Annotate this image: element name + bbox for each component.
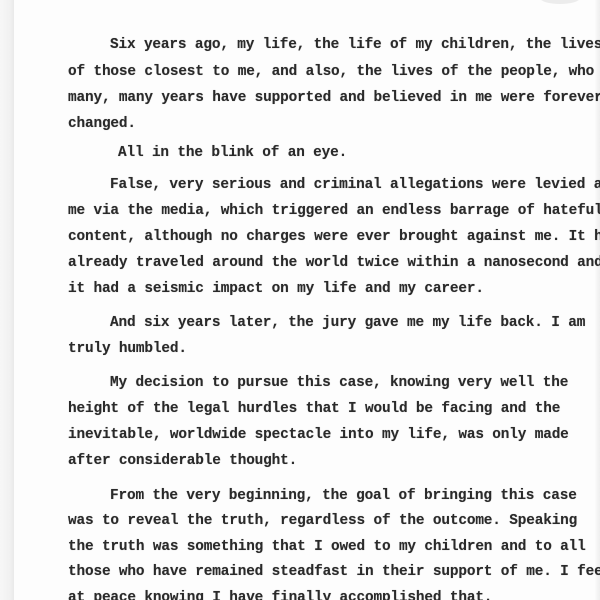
text-line: Six years ago, my life, the life of my c… bbox=[110, 38, 600, 52]
text-line: inevitable, worldwide spectacle into my … bbox=[68, 428, 569, 442]
text-line: changed. bbox=[68, 117, 136, 131]
text-line: me via the media, which triggered an end… bbox=[68, 204, 600, 218]
text-line: False, very serious and criminal allegat… bbox=[110, 178, 600, 192]
text-line: height of the legal hurdles that I would… bbox=[68, 402, 560, 416]
typewritten-statement-page: Six years ago, my life, the life of my c… bbox=[0, 0, 600, 600]
text-line: All in the blink of an eye. bbox=[118, 146, 347, 160]
text-line: My decision to pursue this case, knowing… bbox=[110, 376, 568, 390]
text-line: many, many years have supported and beli… bbox=[68, 91, 600, 105]
text-line: of those closest to me, and also, the li… bbox=[68, 65, 600, 79]
text-line: those who have remained steadfast in the… bbox=[68, 565, 600, 579]
text-line: already traveled around the world twice … bbox=[68, 256, 600, 270]
text-line: after considerable thought. bbox=[68, 454, 297, 468]
page-edge-shadow-left bbox=[0, 0, 14, 600]
text-line: was to reveal the truth, regardless of t… bbox=[68, 514, 577, 528]
text-line: And six years later, the jury gave me my… bbox=[110, 316, 585, 330]
text-line: at peace knowing I have finally accompli… bbox=[68, 591, 492, 600]
text-line: it had a seismic impact on my life and m… bbox=[68, 282, 484, 296]
text-line: From the very beginning, the goal of bri… bbox=[110, 489, 577, 503]
scan-smudge bbox=[540, 0, 580, 4]
text-line: truly humbled. bbox=[68, 342, 187, 356]
text-line: content, although no charges were ever b… bbox=[68, 230, 600, 244]
text-line: the truth was something that I owed to m… bbox=[68, 540, 586, 554]
